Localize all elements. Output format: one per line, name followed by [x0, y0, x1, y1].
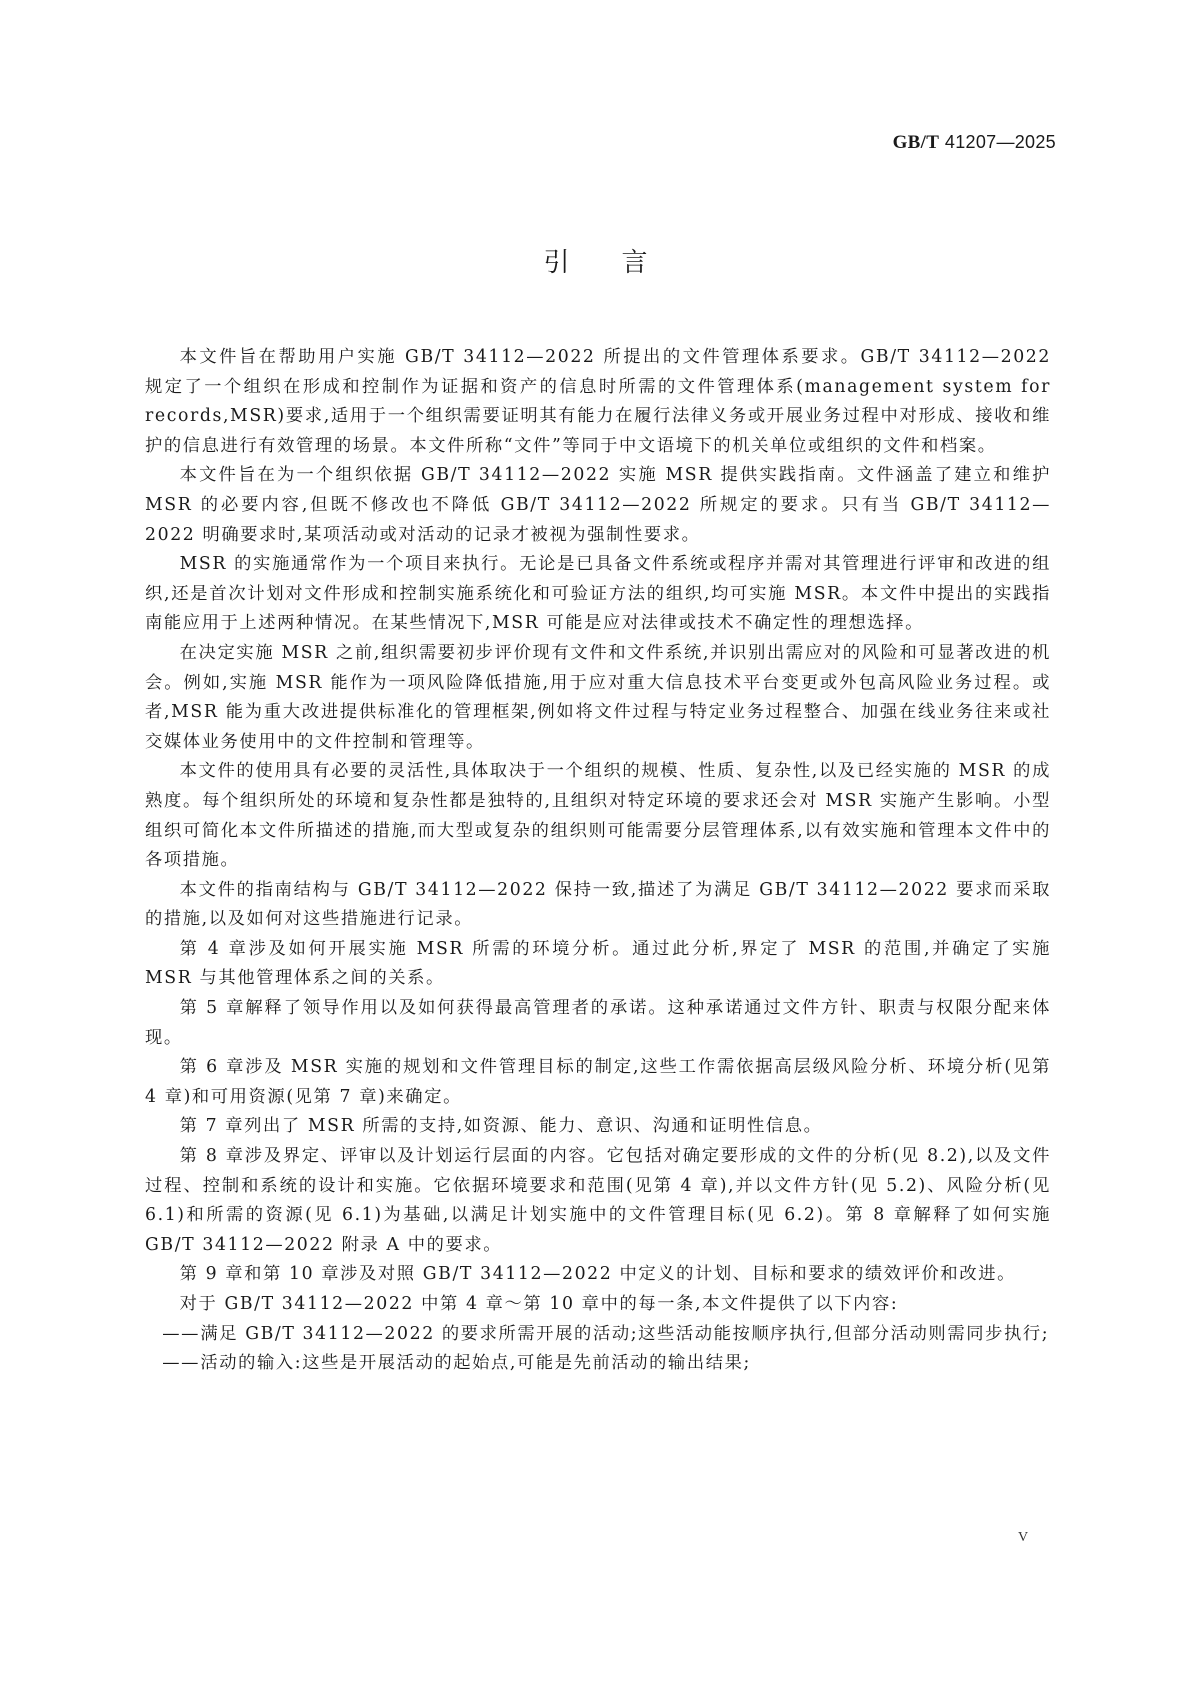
- standard-prefix: GB/T: [893, 132, 940, 153]
- page-number: V: [1018, 1530, 1028, 1546]
- dash-bullet: ——: [162, 1349, 200, 1379]
- paragraph: 第 6 章涉及 MSR 实施的规划和文件管理目标的制定,这些工作需依据高层级风险…: [145, 1053, 1051, 1112]
- paragraph: MSR 的实施通常作为一个项目来执行。无论是已具备文件系统或程序并需对其管理进行…: [145, 550, 1051, 639]
- paragraph: 第 8 章涉及界定、评审以及计划运行层面的内容。它包括对确定要形成的文件的分析(…: [145, 1142, 1051, 1260]
- paragraph: 本文件旨在为一个组织依据 GB/T 34112—2022 实施 MSR 提供实践…: [145, 461, 1051, 550]
- list-item-text: 活动的输入:这些是开展活动的起始点,可能是先前活动的输出结果;: [200, 1353, 751, 1373]
- paragraph: 第 7 章列出了 MSR 所需的支持,如资源、能力、意识、沟通和证明性信息。: [145, 1112, 1051, 1142]
- paragraph: 本文件旨在帮助用户实施 GB/T 34112—2022 所提出的文件管理体系要求…: [145, 343, 1051, 461]
- paragraph: 本文件的指南结构与 GB/T 34112—2022 保持一致,描述了为满足 GB…: [145, 876, 1051, 935]
- document-body: 本文件旨在帮助用户实施 GB/T 34112—2022 所提出的文件管理体系要求…: [145, 343, 1051, 1379]
- paragraph: 第 4 章涉及如何开展实施 MSR 所需的环境分析。通过此分析,界定了 MSR …: [145, 935, 1051, 994]
- paragraph: 第 5 章解释了领导作用以及如何获得最高管理者的承诺。这种承诺通过文件方针、职责…: [145, 994, 1051, 1053]
- paragraph: 在决定实施 MSR 之前,组织需要初步评价现有文件和文件系统,并识别出需应对的风…: [145, 639, 1051, 757]
- standard-code: GB/T 41207—2025: [893, 132, 1056, 154]
- paragraph: 第 9 章和第 10 章涉及对照 GB/T 34112—2022 中定义的计划、…: [145, 1260, 1051, 1290]
- paragraph: 本文件的使用具有必要的灵活性,具体取决于一个组织的规模、性质、复杂性,以及已经实…: [145, 757, 1051, 875]
- standard-number: 41207—2025: [945, 132, 1056, 152]
- section-title: 引言: [0, 242, 1191, 279]
- list-item: —— 满足 GB/T 34112—2022 的要求所需开展的活动;这些活动能按顺…: [145, 1320, 1051, 1350]
- list-item: —— 活动的输入:这些是开展活动的起始点,可能是先前活动的输出结果;: [145, 1349, 1051, 1379]
- list-item-text: 满足 GB/T 34112—2022 的要求所需开展的活动;这些活动能按顺序执行…: [200, 1324, 1049, 1344]
- dash-bullet: ——: [162, 1320, 200, 1350]
- paragraph: 对于 GB/T 34112—2022 中第 4 章～第 10 章中的每一条,本文…: [145, 1290, 1051, 1320]
